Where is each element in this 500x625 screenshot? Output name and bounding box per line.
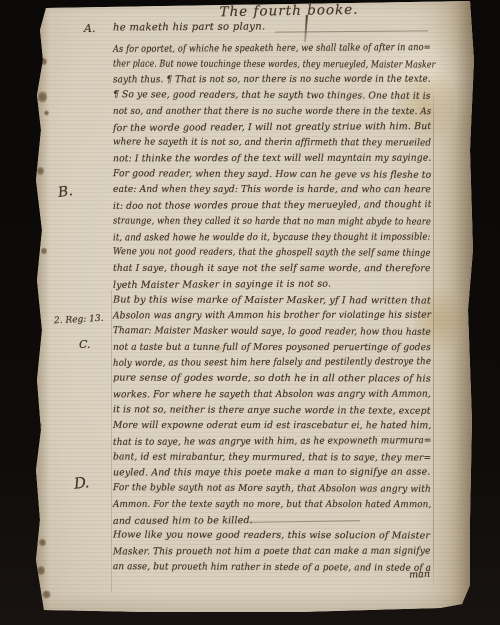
foxing-spot: [42, 590, 51, 599]
manuscript-line: not a taste but a tunne full of Mores po…: [113, 341, 431, 355]
manuscript-line: But by this wise marke of Maister Masker…: [113, 293, 431, 308]
scripture-reference: 2. Reg: 13.: [54, 314, 104, 327]
manuscript-line: not: I thinke the wordes of the text wil…: [113, 152, 431, 167]
manuscript-line: where he sayeth it is not so, and therin…: [113, 136, 431, 151]
manuscript-line: bant, id est mirabantur, they murmured, …: [113, 450, 431, 465]
manuscript-line: Thamar: Maister Masker would saye, lo go…: [113, 324, 431, 340]
foxing-spot: [36, 422, 42, 429]
manuscript-line: that is to saye, he was angrye with him,…: [113, 434, 431, 450]
margin-letter-d: D.: [73, 473, 89, 492]
manuscript-line: workes. For where he sayeth that Absolon…: [113, 387, 431, 402]
foxing-spot: [37, 166, 44, 176]
manuscript-line: pure sense of godes worde, so doth he in…: [113, 372, 431, 387]
manuscript-line: it is not so, neither is there anye such…: [113, 403, 431, 419]
manuscript-line: ¶ So ye see, good readers, that he sayth…: [113, 88, 431, 104]
manuscript-line: Masker. This proueth not him a poete tha…: [113, 545, 431, 560]
foxing-spot: [38, 90, 47, 104]
manuscript-line: More will expowne oderat eum id est iras…: [113, 419, 431, 433]
manuscript-line: Absolon was angry with Ammon his brother…: [113, 309, 431, 324]
manuscript-line: sayth thus. ¶ That is not so, nor there …: [113, 73, 431, 88]
right-margin-rule: [433, 86, 434, 592]
foxing-spot: [39, 538, 46, 547]
catchword: man: [364, 569, 430, 582]
manuscript-line: eate: And when they sayd: This worde is …: [113, 183, 431, 197]
manuscript-line: Ammon. For the texte sayth no more, but …: [113, 498, 431, 512]
foxing-spot: [44, 110, 49, 116]
manuscript-line: holy worde, as thou seest him here false…: [113, 355, 431, 371]
manuscript-line: that I saye, though it saye not the self…: [113, 262, 431, 276]
manuscript-line: For good reader, when they sayd. How can…: [113, 167, 431, 183]
foxing-spot: [40, 57, 47, 66]
margin-letter-c: C.: [79, 338, 91, 351]
manuscript-line: straunge, when they called it so harde t…: [113, 214, 431, 229]
manuscript-line: lyeth Maister Masker in sayinge it is no…: [113, 277, 431, 293]
manuscript-line: it: doo not those wordes proue that they…: [113, 198, 431, 214]
manuscript-line: it, and asked howe he woulde do it, byca…: [113, 230, 431, 245]
margin-letter-b: B.: [57, 183, 74, 201]
manuscript-line: Howe like you nowe good readers, this wi…: [113, 529, 431, 544]
manuscript-line: for the worde good reader, I will not gr…: [113, 120, 431, 136]
manuscript-photo: The fourth booke. A. B. 2. Reg: 13. C. D…: [0, 0, 500, 625]
manuscript-line: ueyled. And this maye this poete make a …: [113, 466, 431, 481]
left-margin-rule: [111, 290, 112, 592]
manuscript-page: The fourth booke. A. B. 2. Reg: 13. C. D…: [34, 0, 476, 618]
margin-letter-a: A.: [84, 22, 95, 35]
foxing-spot: [37, 565, 45, 576]
manuscript-line: As for oportet, of whiche he speaketh he…: [113, 41, 431, 57]
foxing-spot: [41, 247, 47, 255]
text-block: As for oportet, of whiche he speaketh he…: [113, 0, 431, 618]
manuscript-line: not so, and another that there is no suc…: [113, 105, 431, 119]
manuscript-line: For the byble sayth not as More sayth, t…: [113, 481, 431, 497]
manuscript-line: ther place. But nowe touchinge these wor…: [113, 57, 431, 72]
manuscript-line: and caused him to be killed.: [113, 513, 431, 529]
manuscript-line: Wene you not good readers, that the ghos…: [113, 246, 431, 262]
